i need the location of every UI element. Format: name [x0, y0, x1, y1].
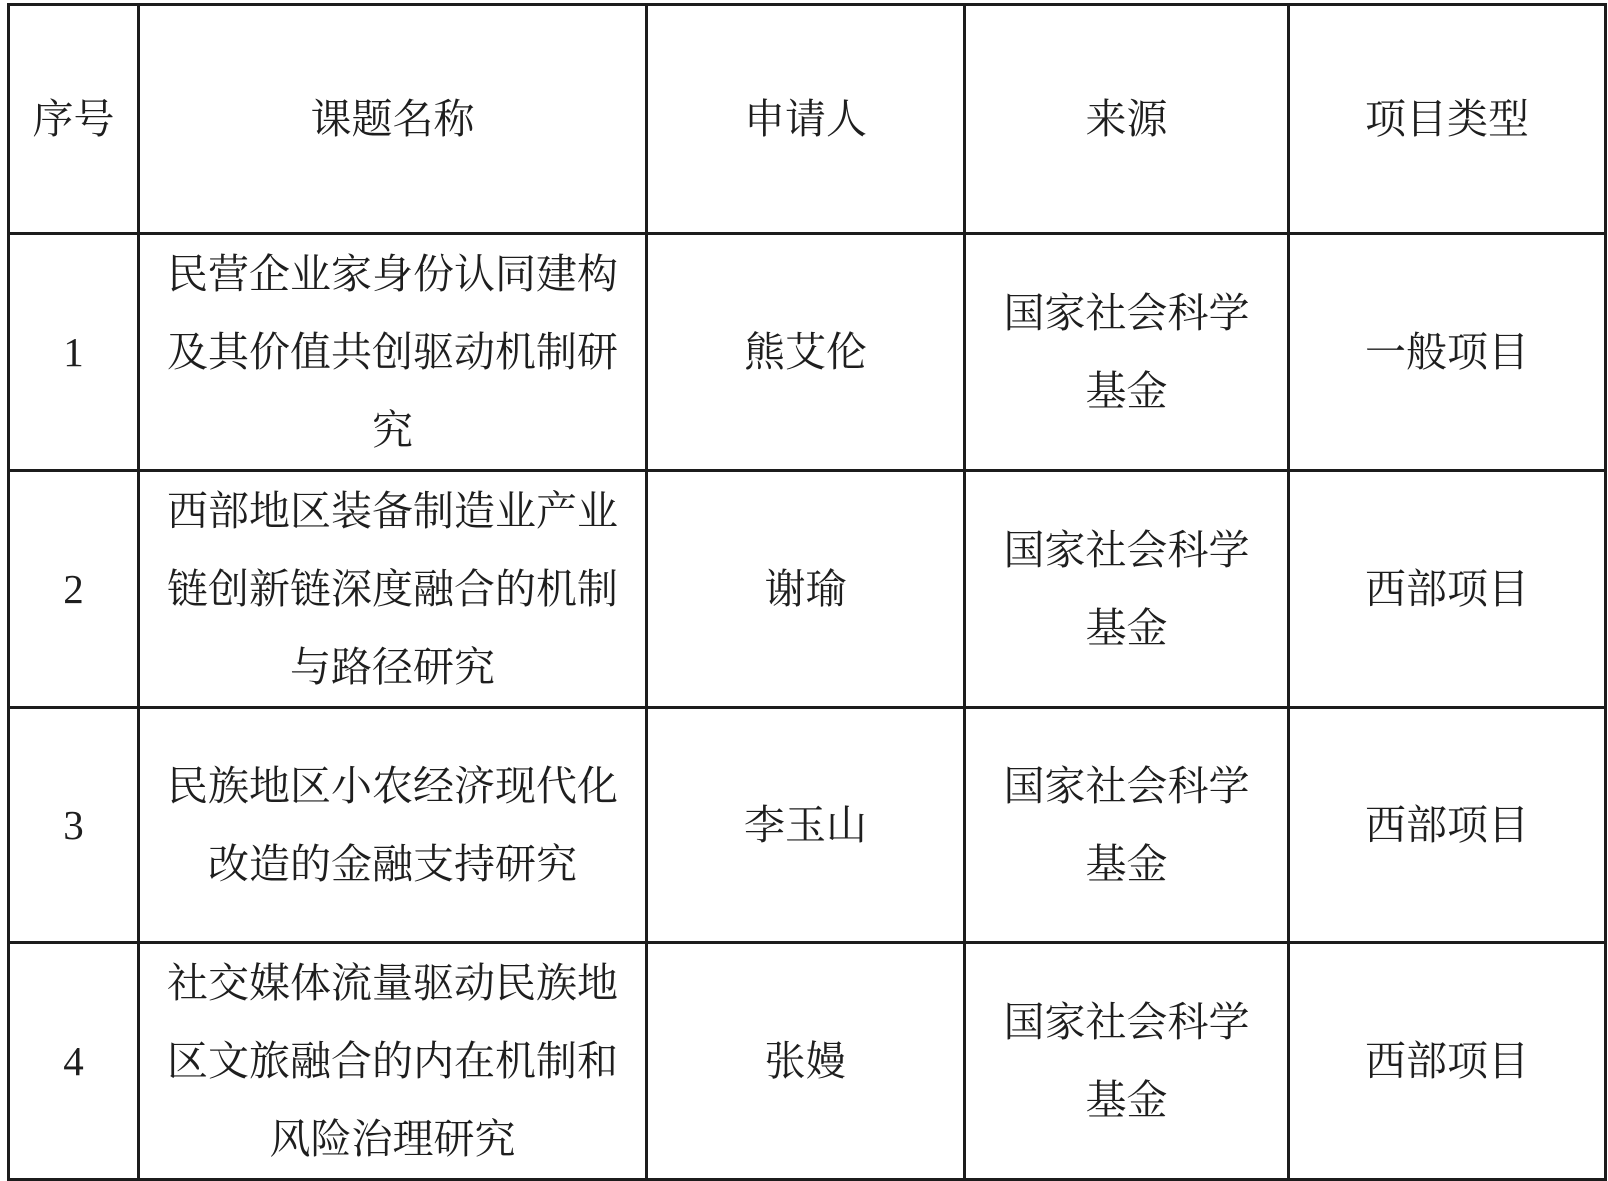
header-applicant: 申请人: [647, 5, 965, 234]
cell-type: 西部项目: [1289, 943, 1606, 1172]
header-seq: 序号: [9, 5, 139, 234]
cell-source: 国家社会科学基金: [965, 708, 1289, 943]
cell-type: 西部项目: [1289, 708, 1606, 943]
cell-title: 民营企业家身份认同建构及其价值共创驱动机制研究: [139, 234, 647, 471]
cell-title: 西部地区装备制造业产业链创新链深度融合的机制与路径研究: [139, 471, 647, 708]
cell-type: 一般项目: [1289, 234, 1606, 471]
header-source: 来源: [965, 5, 1289, 234]
cell-applicant: 谢瑜: [647, 471, 965, 708]
table-header-row: 序号 课题名称 申请人 来源 项目类型: [9, 5, 1606, 234]
cell-applicant: 李玉山: [647, 708, 965, 943]
table-row: 4 社交媒体流量驱动民族地区文旅融合的内在机制和风险治理研究 张嫚 国家社会科学…: [9, 943, 1606, 1172]
cell-applicant: 熊艾伦: [647, 234, 965, 471]
cell-seq: 4: [9, 943, 139, 1172]
table-row: 3 民族地区小农经济现代化改造的金融支持研究 李玉山 国家社会科学基金 西部项目: [9, 708, 1606, 943]
projects-table: 序号 课题名称 申请人 来源 项目类型 1 民营企业家身份认同建构及其价值共创驱…: [7, 3, 1607, 1171]
table-row: 2 西部地区装备制造业产业链创新链深度融合的机制与路径研究 谢瑜 国家社会科学基…: [9, 471, 1606, 708]
cell-title: 社交媒体流量驱动民族地区文旅融合的内在机制和风险治理研究: [139, 943, 647, 1172]
cell-type: 西部项目: [1289, 471, 1606, 708]
cell-source: 国家社会科学基金: [965, 234, 1289, 471]
cell-title: 民族地区小农经济现代化改造的金融支持研究: [139, 708, 647, 943]
cell-applicant: 张嫚: [647, 943, 965, 1172]
cell-seq: 2: [9, 471, 139, 708]
cell-seq: 1: [9, 234, 139, 471]
cell-source: 国家社会科学基金: [965, 471, 1289, 708]
cell-seq: 3: [9, 708, 139, 943]
header-type: 项目类型: [1289, 5, 1606, 234]
cell-source: 国家社会科学基金: [965, 943, 1289, 1172]
header-title: 课题名称: [139, 5, 647, 234]
table-row: 1 民营企业家身份认同建构及其价值共创驱动机制研究 熊艾伦 国家社会科学基金 一…: [9, 234, 1606, 471]
